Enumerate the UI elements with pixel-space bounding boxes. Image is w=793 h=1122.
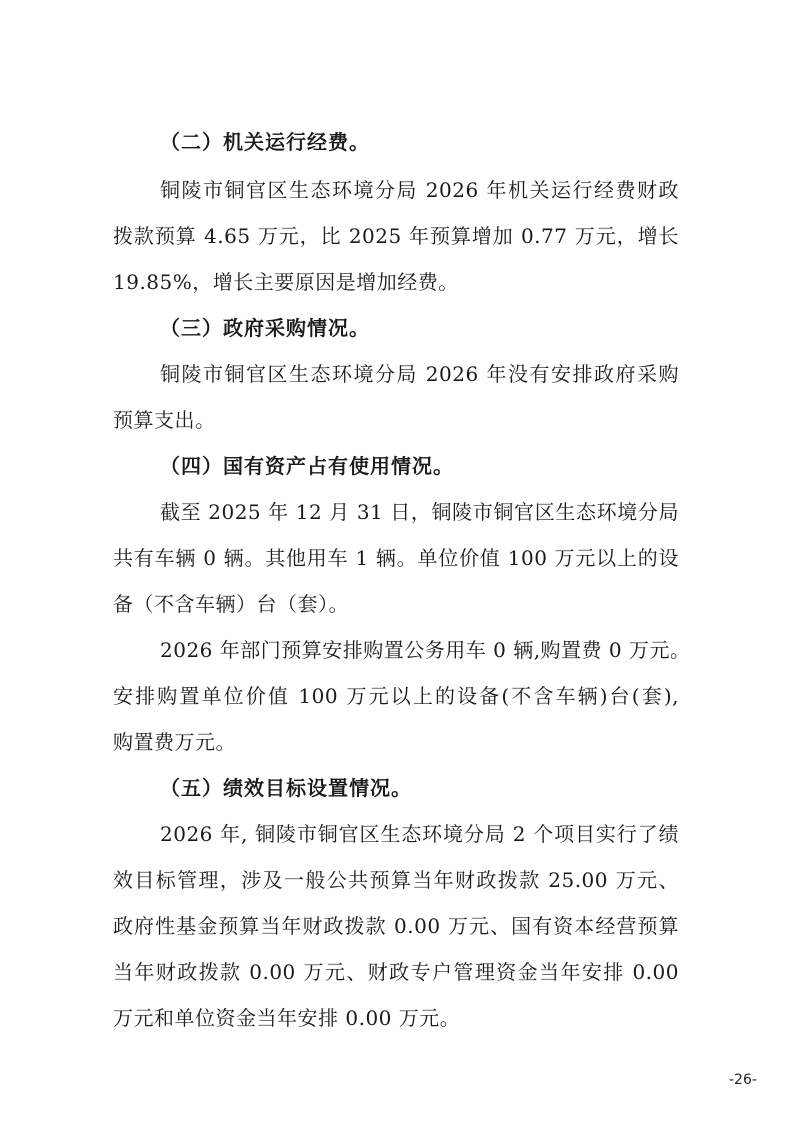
paragraph-line: 2026 年部门预算安排购置公务用车 0 辆,购置费 0 万元。 (160, 638, 679, 662)
paragraph-line: 拨款预算 4.65 万元，比 2025 年预算增加 0.77 万元，增长 (113, 224, 679, 248)
section-heading-procurement: （三）政府采购情况。 (160, 316, 370, 340)
paragraph-line: 19.85%，增长主要原因是增加经费。 (113, 270, 679, 294)
document-page: （二）机关运行经费。 铜陵市铜官区生态环境分局 2026 年机关运行经费财政 拨… (0, 0, 793, 1122)
page-number: -26- (729, 1072, 757, 1088)
paragraph-line: 2026 年, 铜陵市铜官区生态环境分局 2 个项目实行了绩 (160, 822, 679, 846)
section-heading-operating-expenses: （二）机关运行经费。 (160, 130, 370, 154)
paragraph-line: 政府性基金预算当年财政拨款 0.00 万元、国有资本经营预算 (113, 914, 679, 938)
paragraph-line: 预算支出。 (113, 408, 679, 432)
paragraph-line: 当年财政拨款 0.00 万元、财政专户管理资金当年安排 0.00 (113, 960, 679, 984)
paragraph-line: 截至 2025 年 12 月 31 日，铜陵市铜官区生态环境分局 (160, 500, 679, 524)
paragraph-line: 共有车辆 0 辆。其他用车 1 辆。单位价值 100 万元以上的设 (113, 546, 679, 570)
paragraph-line: 购置费万元。 (113, 730, 679, 754)
section-heading-state-assets: （四）国有资产占有使用情况。 (160, 454, 454, 478)
paragraph-line: 效目标管理，涉及一般公共预算当年财政拨款 25.00 万元、 (113, 868, 679, 892)
paragraph-line: 铜陵市铜官区生态环境分局 2026 年没有安排政府采购 (160, 362, 679, 386)
paragraph-line: 万元和单位资金当年安排 0.00 万元。 (113, 1006, 679, 1030)
paragraph-line: 安排购置单位价值 100 万元以上的设备(不含车辆)台(套), (113, 684, 679, 708)
section-heading-performance-goals: （五）绩效目标设置情况。 (160, 776, 412, 800)
paragraph-line: 备（不含车辆）台（套）。 (113, 592, 679, 616)
paragraph-line: 铜陵市铜官区生态环境分局 2026 年机关运行经费财政 (160, 178, 679, 202)
